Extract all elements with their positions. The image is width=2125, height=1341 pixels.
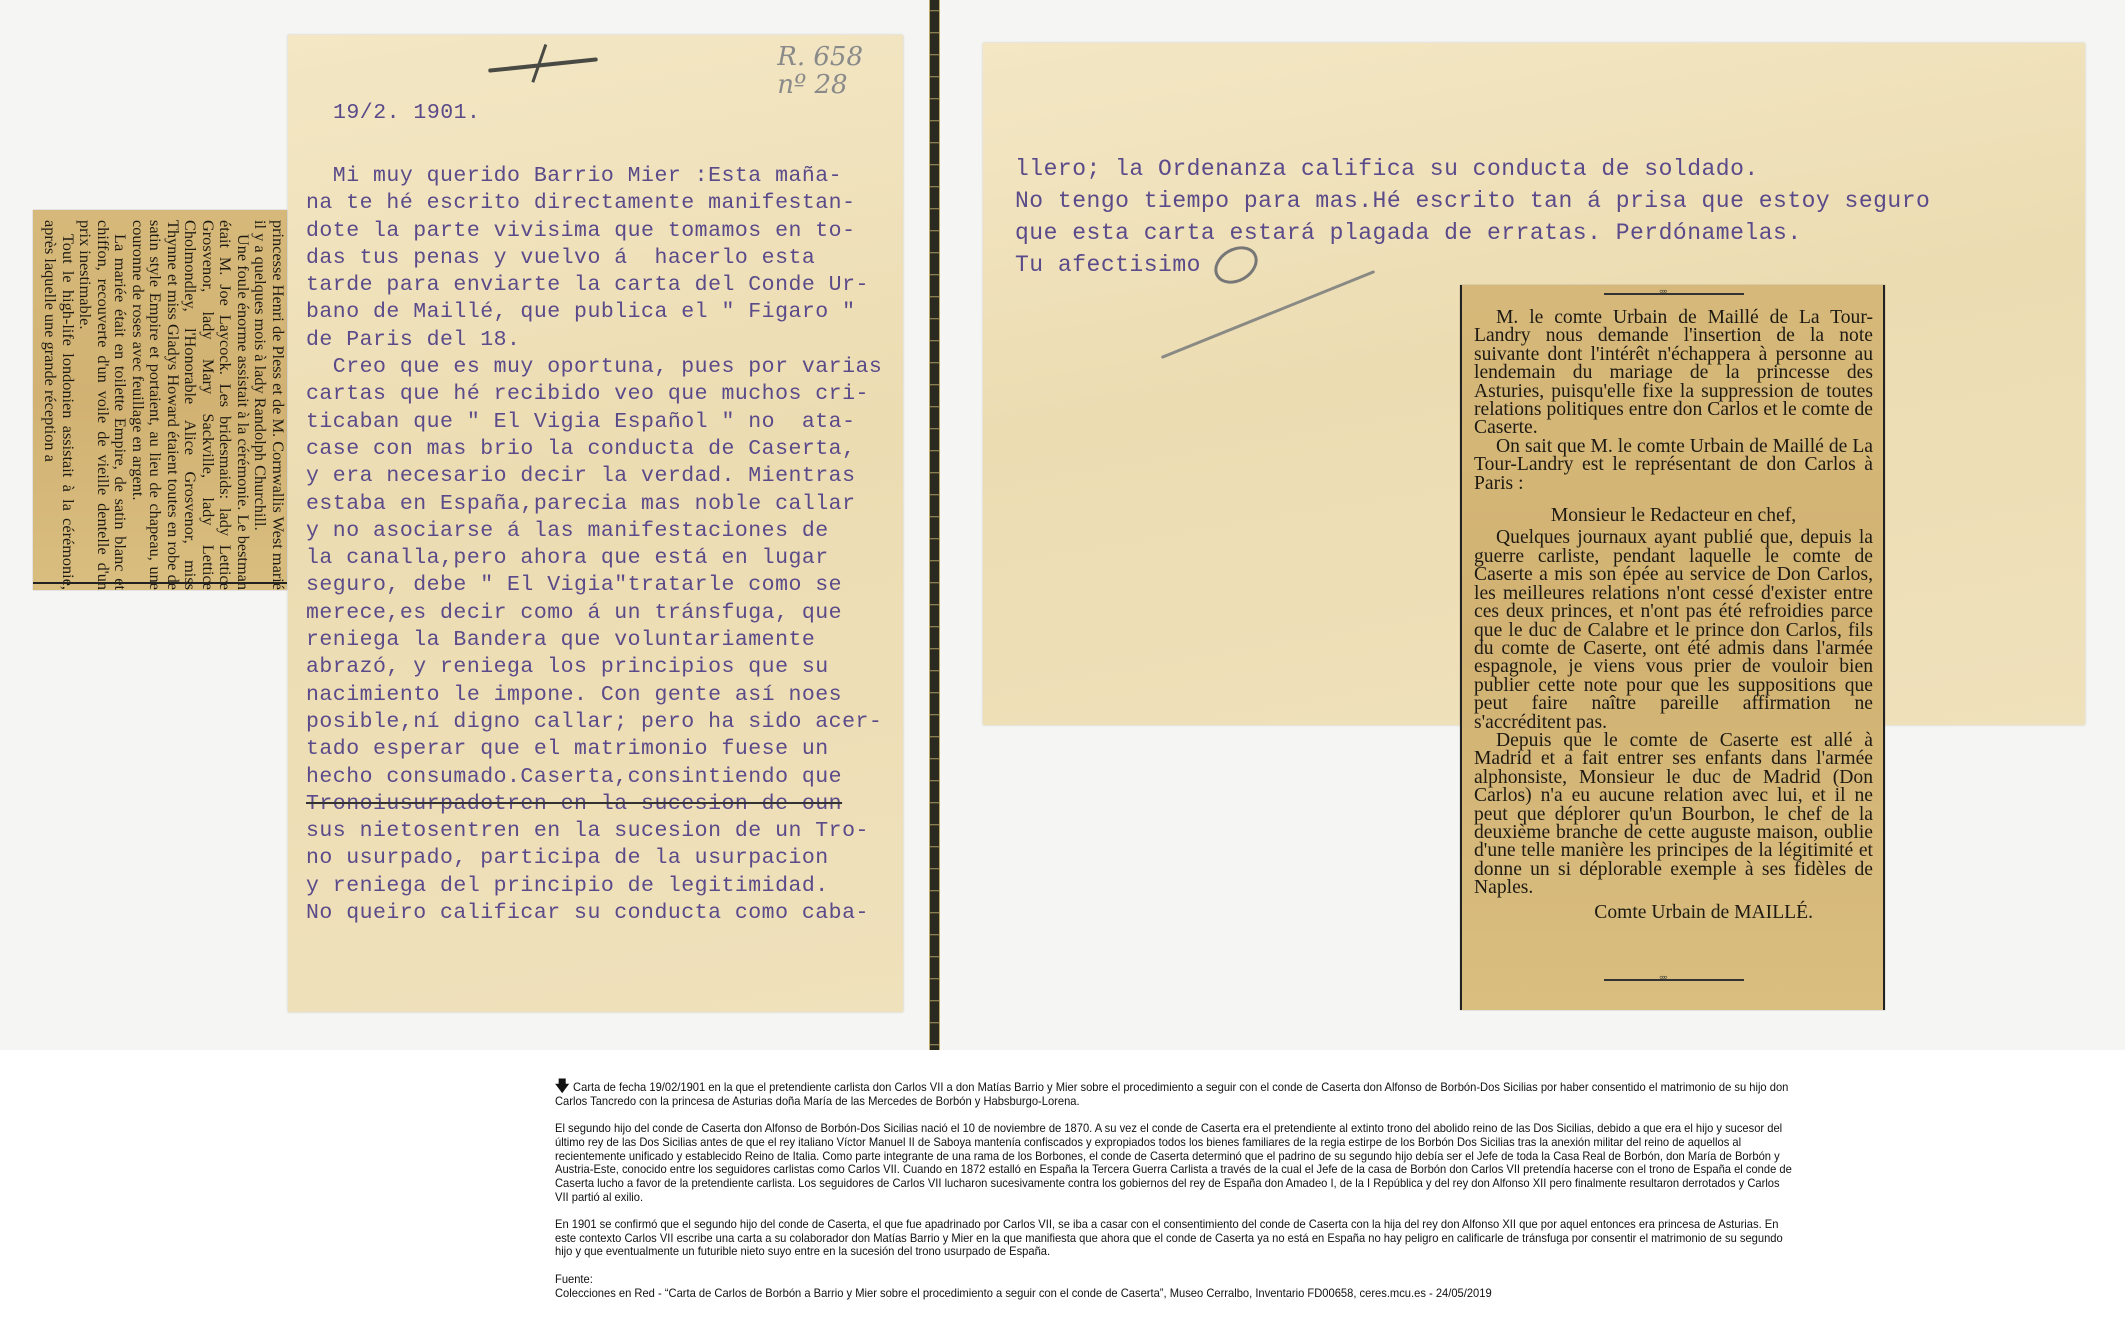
typed-line: y no asociarse á las manifestaciones de bbox=[306, 518, 882, 545]
typed-line: abrazó, y reniega los principios que su bbox=[306, 654, 882, 681]
clipping-paragraph: La mariée était en toilette Empire, de s… bbox=[77, 220, 130, 590]
caption-paragraph: En 1901 se confirmó que el segundo hijo … bbox=[555, 1218, 1792, 1259]
typed-line: Tronoiusurpadotren en la sucesion de oun bbox=[306, 791, 882, 818]
ornament-divider-icon bbox=[1604, 979, 1744, 981]
source-text: Colecciones en Red - “Carta de Carlos de… bbox=[555, 1287, 1792, 1301]
caption-block: 🡇Carta de fecha 19/02/1901 en la que el … bbox=[555, 1080, 1792, 1300]
typed-line: reniega la Bandera que voluntariamente bbox=[306, 627, 882, 654]
typed-line: Mi muy querido Barrio Mier :Esta maña- bbox=[306, 163, 882, 190]
clipping-letter-paragraph: Depuis que le comte de Caserte est allé … bbox=[1474, 732, 1873, 898]
archive-reference: R. 658 nº 28 bbox=[777, 43, 863, 99]
typed-line: bano de Maillé, que publica el " Figaro … bbox=[306, 299, 882, 326]
typed-line: la canalla,pero ahora que está en lugar bbox=[306, 545, 882, 572]
caption-paragraph: El segundo hijo del conde de Caserta don… bbox=[555, 1122, 1792, 1204]
typed-line: merece,es decir como á un tránsfuga, que bbox=[306, 600, 882, 627]
typed-line: estaba en España,parecia mas noble calla… bbox=[306, 491, 882, 518]
letter-body-page-1: Mi muy querido Barrio Mier :Esta maña-na… bbox=[306, 163, 882, 927]
typed-line: No queiro calificar su conducta como cab… bbox=[306, 900, 882, 927]
typed-line: y reniega del principio de legitimidad. bbox=[306, 873, 882, 900]
typed-line: y era necesario decir la verdad. Mientra… bbox=[306, 463, 882, 490]
caption-intro-text: Carta de fecha 19/02/1901 en la que el p… bbox=[555, 1080, 1788, 1108]
typed-line: no usurpado, participa de la usurpacion bbox=[306, 845, 882, 872]
newspaper-clipping-maille: M. le comte Urbain de Maillé de La Tour-… bbox=[1460, 285, 1885, 1010]
letter-date: 19/2. 1901. bbox=[333, 100, 480, 127]
letter-page-1: R. 658 nº 28 19/2. 1901. Mi muy querido … bbox=[288, 35, 903, 1012]
clipping-rotated-text: princesse Henri de Pless et de M. Cornwa… bbox=[42, 220, 287, 590]
caption-intro: 🡇Carta de fecha 19/02/1901 en la que el … bbox=[555, 1080, 1792, 1108]
newspaper-clipping-wedding: princesse Henri de Pless et de M. Cornwa… bbox=[33, 210, 287, 590]
typed-line: tado esperar que el matrimonio fuese un bbox=[306, 736, 882, 763]
ornament-divider-icon bbox=[1604, 293, 1744, 295]
typed-line: Tu afectisimo bbox=[1015, 249, 1930, 281]
clipping-paragraph: princesse Henri de Pless et de M. Cornwa… bbox=[252, 220, 287, 590]
source-label: Fuente: bbox=[555, 1273, 1792, 1287]
clipping-salutation: Monsieur le Redacteur en chef, bbox=[1474, 507, 1873, 525]
typed-line: cartas que hé recibido veo que muchos cr… bbox=[306, 381, 882, 408]
clipping-signature: Comte Urbain de MAILLÉ. bbox=[1474, 904, 1813, 922]
typed-line: Creo que es muy oportuna, pues por varia… bbox=[306, 354, 882, 381]
typed-line: das tus penas y vuelvo á hacerlo esta bbox=[306, 245, 882, 272]
typed-line: No tengo tiempo para mas.Hé escrito tan … bbox=[1015, 185, 1930, 217]
typed-line: seguro, debe " El Vigia"tratarle como se bbox=[306, 572, 882, 599]
scanned-document-area: princesse Henri de Pless et de M. Cornwa… bbox=[0, 0, 2125, 1050]
archive-ref-line: nº 28 bbox=[777, 71, 863, 99]
page-divider bbox=[929, 0, 940, 1050]
clipping-letter-paragraph: Quelques journaux ayant publié que, depu… bbox=[1474, 529, 1873, 731]
typed-line: llero; la Ordenanza califica su conducta… bbox=[1015, 153, 1930, 185]
typed-line: ticaban que " El Vigia Español " no ata- bbox=[306, 409, 882, 436]
typed-line: na te hé escrito directamente manifestan… bbox=[306, 190, 882, 217]
archive-ref-line: R. 658 bbox=[777, 43, 863, 71]
typed-line: case con mas brio la conducta de Caserta… bbox=[306, 436, 882, 463]
typed-line: de Paris del 18. bbox=[306, 327, 882, 354]
pencil-mark-icon bbox=[488, 57, 598, 72]
typed-line: nacimiento le impone. Con gente así noes bbox=[306, 682, 882, 709]
typed-line: dote la parte vivisima que tomamos en to… bbox=[306, 218, 882, 245]
clipping-paragraph: Tout le high-life londonien assistait à … bbox=[42, 220, 77, 590]
clipping-paragraph: M. le comte Urbain de Maillé de La Tour-… bbox=[1474, 309, 1873, 438]
letter-body-page-2: llero; la Ordenanza califica su conducta… bbox=[1015, 153, 1930, 281]
clipping-paragraph: Une foule énorme assistait à la cérémoni… bbox=[130, 220, 253, 590]
down-arrow-icon: 🡇 bbox=[555, 1078, 569, 1095]
typed-line: posible,ní digno callar; pero ha sido ac… bbox=[306, 709, 882, 736]
typed-line: tarde para enviarte la carta del Conde U… bbox=[306, 272, 882, 299]
signature-stroke bbox=[1161, 270, 1375, 359]
typed-line: hecho consumado.Caserta,consintiendo que bbox=[306, 764, 882, 791]
typed-line: que esta carta estará plagada de erratas… bbox=[1015, 217, 1930, 249]
typed-line: sus nietosentren en la sucesion de un Tr… bbox=[306, 818, 882, 845]
clipping-paragraph: On sait que M. le comte Urbain de Maillé… bbox=[1474, 438, 1873, 493]
